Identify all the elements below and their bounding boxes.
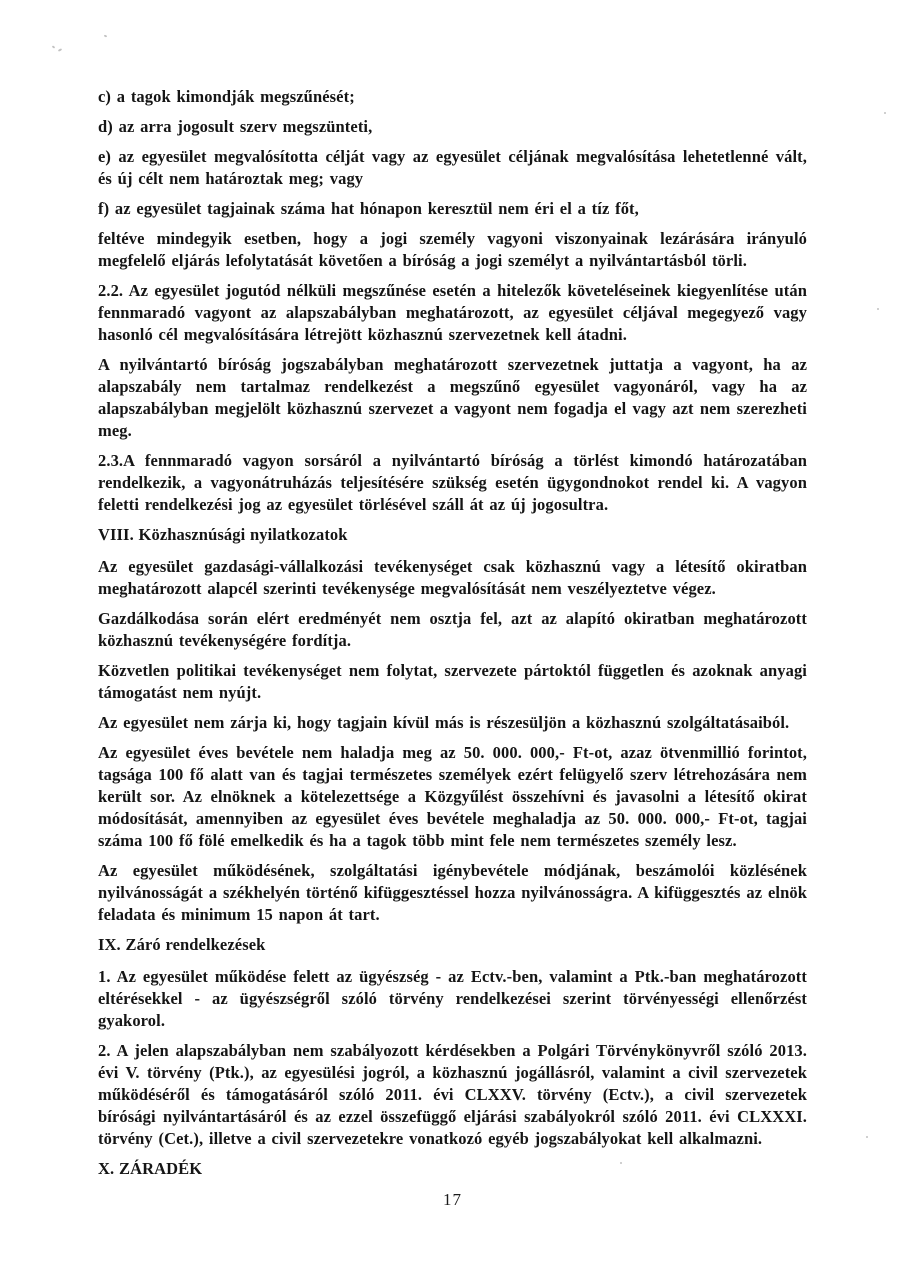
scan-speck [58, 48, 62, 52]
document-body: c) a tagok kimondják megszűnését; d) az … [98, 86, 807, 1210]
paragraph-2-3: 2.3.A fennmaradó vagyon sorsáról a nyilv… [98, 450, 807, 516]
section-heading-viii: VIII. Közhasznúsági nyilatkozatok [98, 524, 807, 546]
paragraph-eves-bevetel: Az egyesület éves bevétele nem haladja m… [98, 742, 807, 852]
paragraph-zaro-1: 1. Az egyesület működése felett az ügyés… [98, 966, 807, 1032]
paragraph-nyilvantarto-birosag: A nyilvántartó bíróság jogszabályban meg… [98, 354, 807, 442]
list-item-e: e) az egyesület megvalósította célját va… [98, 146, 807, 190]
paragraph-felteve: feltéve mindegyik esetben, hogy a jogi s… [98, 228, 807, 272]
paragraph-gazdasagi-tevekenyseg: Az egyesület gazdasági-vállalkozási tevé… [98, 556, 807, 600]
scanned-document-page: c) a tagok kimondják megszűnését; d) az … [0, 0, 905, 1280]
scan-speck [52, 45, 56, 48]
paragraph-gazdalkodas: Gazdálkodása során elért eredményét nem … [98, 608, 807, 652]
page-number: 17 [98, 1190, 807, 1210]
paragraph-politikai-tevekenyseg: Közvetlen politikai tevékenységet nem fo… [98, 660, 807, 704]
section-heading-x: X. ZÁRADÉK [98, 1158, 807, 1180]
paragraph-szolgaltatasok: Az egyesület nem zárja ki, hogy tagjain … [98, 712, 807, 734]
list-item-d: d) az arra jogosult szerv megszünteti, [98, 116, 807, 138]
paragraph-zaro-2: 2. A jelen alapszabályban nem szabályozo… [98, 1040, 807, 1150]
scan-speck [866, 1136, 868, 1138]
list-item-f: f) az egyesület tagjainak száma hat hóna… [98, 198, 807, 220]
section-heading-ix: IX. Záró rendelkezések [98, 934, 807, 956]
paragraph-mukodes-nyilvanossag: Az egyesület működésének, szolgáltatási … [98, 860, 807, 926]
scan-speck [877, 308, 879, 310]
scan-speck [104, 34, 108, 37]
paragraph-2-2: 2.2. Az egyesület jogutód nélküli megszű… [98, 280, 807, 346]
list-item-c: c) a tagok kimondják megszűnését; [98, 86, 807, 108]
scan-speck [884, 112, 886, 114]
